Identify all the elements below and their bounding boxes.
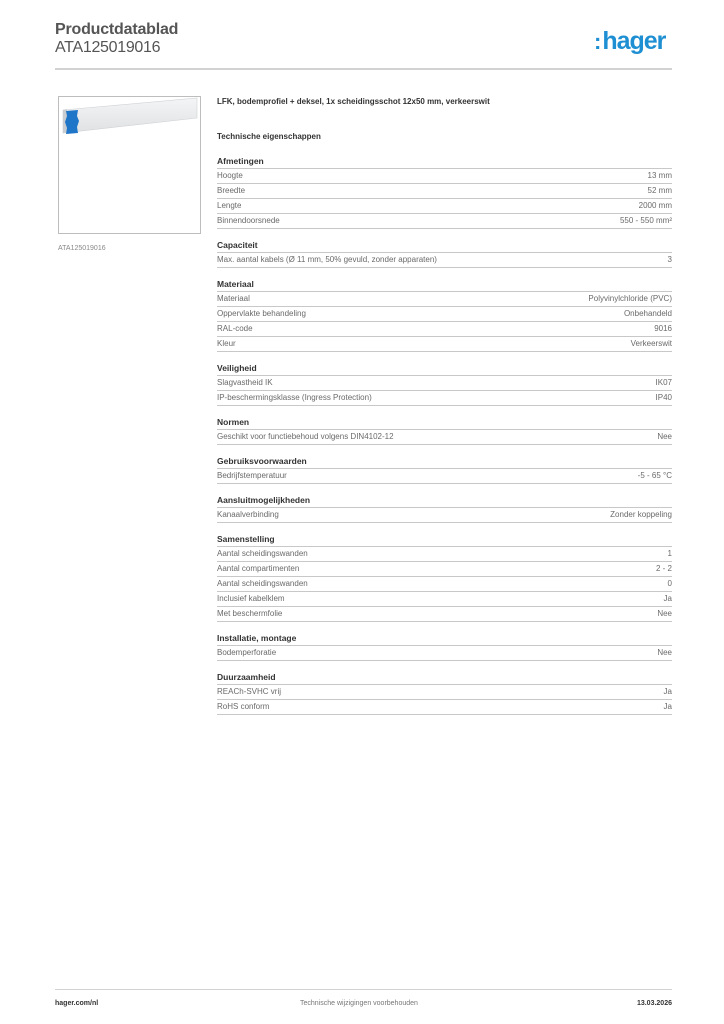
section-title: Installatie, montage [217,632,672,646]
spec-label: Aantal scheidingswanden [217,577,308,591]
spec-row: MateriaalPolyvinylchloride (PVC) [217,292,672,307]
footer-disclaimer: Technische wijzigingen voorbehouden [300,1000,418,1007]
spec-section: Installatie, montageBodemperforatieNee [217,632,672,661]
spec-value: IK07 [656,376,672,390]
spec-label: Aantal compartimenten [217,562,299,576]
spec-row: KleurVerkeerswit [217,337,672,352]
spec-value: 9016 [654,322,672,336]
spec-value: 0 [668,577,672,591]
spec-row: Aantal scheidingswanden0 [217,577,672,592]
spec-label: Lengte [217,199,241,213]
article-number: ATA125019016 [55,39,160,57]
spec-value: IP40 [656,391,672,405]
header-divider [55,68,672,70]
spec-label: Max. aantal kabels (Ø 11 mm, 50% gevuld,… [217,253,437,267]
spec-value: Verkeerswit [631,337,672,351]
product-description: LFK, bodemprofiel + deksel, 1x scheiding… [217,97,490,106]
spec-row: Breedte52 mm [217,184,672,199]
section-title: Duurzaamheid [217,671,672,685]
document-title: Productdatablad [55,21,178,39]
spec-value: -5 - 65 °C [638,469,672,483]
spec-row: Met beschermfolieNee [217,607,672,622]
spec-section: NormenGeschikt voor functiebehoud volgen… [217,416,672,445]
spec-row: Bedrijfstemperatuur-5 - 65 °C [217,469,672,484]
spec-label: Slagvastheid IK [217,376,273,390]
spec-label: RoHS conform [217,700,269,714]
spec-section: AfmetingenHoogte13 mmBreedte52 mmLengte2… [217,155,672,229]
spec-value: Nee [657,607,672,621]
spec-label: REACh-SVHC vrij [217,685,281,699]
footer-date: 13.03.2026 [637,1000,672,1007]
spec-value: Nee [657,430,672,444]
spec-row: RoHS conformJa [217,700,672,715]
section-title: Capaciteit [217,239,672,253]
spec-value: Ja [664,685,672,699]
spec-row: Oppervlakte behandelingOnbehandeld [217,307,672,322]
product-image [58,96,201,234]
spec-row: BodemperforatieNee [217,646,672,661]
footer-website-link[interactable]: hager.com/nl [55,1000,98,1007]
spec-value: Ja [664,592,672,606]
spec-row: Binnendoorsnede550 - 550 mm² [217,214,672,229]
section-title: Afmetingen [217,155,672,169]
cable-duct-illustration [59,97,200,233]
spec-value: Ja [664,700,672,714]
hager-logo: :hager [594,27,665,56]
spec-label: Hoogte [217,169,243,183]
spec-label: Oppervlakte behandeling [217,307,306,321]
specifications: AfmetingenHoogte13 mmBreedte52 mmLengte2… [217,155,672,725]
logo-colon-icon: : [594,29,601,54]
section-title: Materiaal [217,278,672,292]
spec-label: IP-beschermingsklasse (Ingress Protectio… [217,391,372,405]
spec-row: Aantal scheidingswanden1 [217,547,672,562]
spec-value: 2 - 2 [656,562,672,576]
spec-label: Breedte [217,184,245,198]
spec-value: Zonder koppeling [610,508,672,522]
spec-row: Geschikt voor functiebehoud volgens DIN4… [217,430,672,445]
spec-section: GebruiksvoorwaardenBedrijfstemperatuur-5… [217,455,672,484]
spec-section: VeiligheidSlagvastheid IKIK07IP-bescherm… [217,362,672,406]
spec-label: Bedrijfstemperatuur [217,469,287,483]
spec-section: MateriaalMateriaalPolyvinylchloride (PVC… [217,278,672,352]
spec-label: Inclusief kabelklem [217,592,285,606]
spec-row: Aantal compartimenten2 - 2 [217,562,672,577]
spec-value: Polyvinylchloride (PVC) [588,292,672,306]
spec-row: RAL-code9016 [217,322,672,337]
spec-row: Max. aantal kabels (Ø 11 mm, 50% gevuld,… [217,253,672,268]
spec-section: SamenstellingAantal scheidingswanden1Aan… [217,533,672,622]
spec-value: 2000 mm [639,199,672,213]
spec-label: RAL-code [217,322,253,336]
spec-label: Binnendoorsnede [217,214,280,228]
spec-label: Met beschermfolie [217,607,282,621]
section-title: Aansluitmogelijkheden [217,494,672,508]
spec-value: Nee [657,646,672,660]
spec-value: 52 mm [648,184,672,198]
spec-label: Geschikt voor functiebehoud volgens DIN4… [217,430,394,444]
spec-section: AansluitmogelijkhedenKanaalverbindingZon… [217,494,672,523]
spec-row: Slagvastheid IKIK07 [217,376,672,391]
spec-label: Bodemperforatie [217,646,276,660]
spec-row: Lengte2000 mm [217,199,672,214]
spec-value: 13 mm [648,169,672,183]
spec-value: 550 - 550 mm² [620,214,672,228]
image-caption: ATA125019016 [58,245,106,252]
footer-divider [55,989,672,990]
spec-label: Aantal scheidingswanden [217,547,308,561]
section-title: Veiligheid [217,362,672,376]
spec-value: 3 [668,253,672,267]
spec-value: Onbehandeld [624,307,672,321]
section-title: Gebruiksvoorwaarden [217,455,672,469]
spec-label: Materiaal [217,292,250,306]
spec-row: REACh-SVHC vrijJa [217,685,672,700]
section-title: Normen [217,416,672,430]
tech-heading: Technische eigenschappen [217,132,321,141]
spec-row: KanaalverbindingZonder koppeling [217,508,672,523]
spec-section: CapaciteitMax. aantal kabels (Ø 11 mm, 5… [217,239,672,268]
spec-row: Hoogte13 mm [217,169,672,184]
spec-section: DuurzaamheidREACh-SVHC vrijJaRoHS confor… [217,671,672,715]
spec-value: 1 [668,547,672,561]
spec-label: Kanaalverbinding [217,508,279,522]
logo-text: hager [602,27,665,55]
section-title: Samenstelling [217,533,672,547]
spec-label: Kleur [217,337,236,351]
spec-row: Inclusief kabelklemJa [217,592,672,607]
spec-row: IP-beschermingsklasse (Ingress Protectio… [217,391,672,406]
